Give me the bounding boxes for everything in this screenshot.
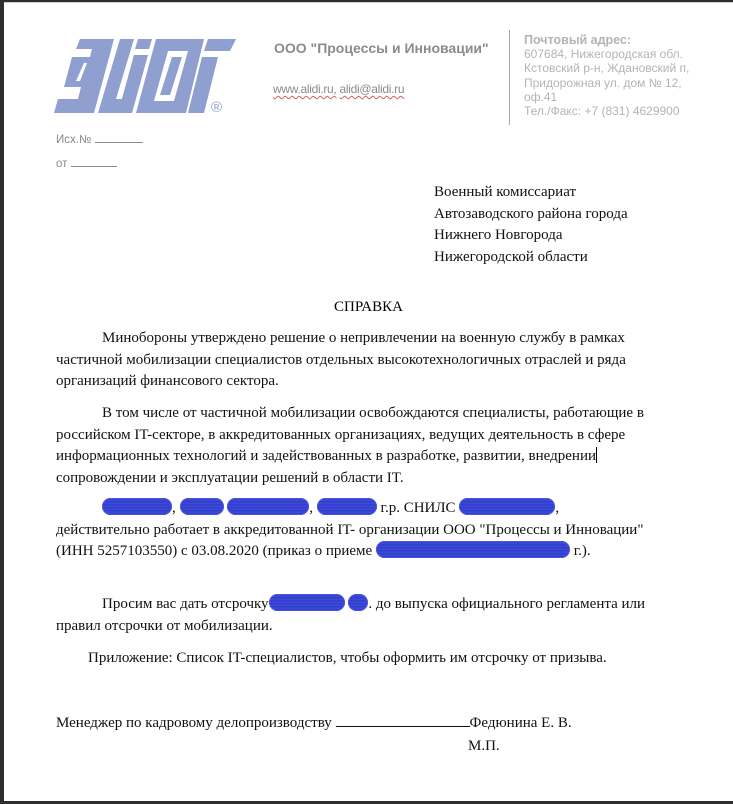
paragraph-text: Просим вас дать отсрочку (102, 596, 269, 612)
address-line: оф.41 (524, 90, 689, 104)
redacted-name (180, 498, 224, 515)
paragraph-text: В том числе от частичной мобилизации осв… (56, 405, 644, 464)
paragraph-text: г.). (574, 543, 591, 559)
recipient-line: Нижегородской области (434, 247, 628, 269)
separator: , (309, 500, 313, 516)
text-cursor (596, 447, 597, 463)
paragraph-decision: Минобороны утверждено решение о непривле… (56, 328, 674, 393)
address-line: 607684, Нижегородская обл. (524, 47, 689, 61)
redacted-birth-date (317, 498, 377, 515)
address-line: Придорожная ул. дом № 12, (524, 76, 689, 90)
outgoing-date-field[interactable] (71, 166, 117, 167)
outgoing-date: от (56, 158, 117, 170)
redacted-order (376, 541, 570, 558)
outgoing-date-label: от (56, 158, 67, 170)
recipient-line: Нижнего Новгорода (434, 225, 628, 247)
stamp-placeholder: М.П. (468, 736, 500, 758)
contact-links: www.alidi.ru, alidi@alidi.ru (273, 82, 404, 96)
signature-line: Менеджер по кадровому делопроизводству Ф… (56, 713, 572, 735)
recipient-line: Автозаводского района города (434, 204, 628, 226)
address-title: Почтовый адрес: (524, 33, 689, 47)
separator: , (555, 500, 559, 516)
registered-mark: ® (211, 99, 222, 116)
email-link[interactable]: alidi@alidi.ru (340, 82, 405, 96)
website-link[interactable]: www.alidi.ru, (273, 82, 336, 96)
paragraph-it-exemption: В том числе от частичной мобилизации осв… (56, 403, 674, 489)
paragraph-text: сопровождении и эксплуатации решений в о… (56, 470, 404, 486)
signer-name: Федюнина Е. В. (470, 715, 572, 731)
recipient-line: Военный комиссариат (434, 182, 628, 204)
postal-address: Почтовый адрес: 607684, Нижегородская об… (524, 33, 689, 118)
address-line: Кстовский р-н, Ждановский п, (524, 61, 689, 75)
recipient-block: Военный комиссариат Автозаводского район… (434, 182, 628, 268)
document-page: ® ООО "Процессы и Инновации" www.alidi.r… (4, 2, 733, 801)
phone-fax: Тел./Факс: +7 (831) 4629900 (524, 104, 689, 118)
outgoing-number-label: Исх.№ (56, 134, 91, 146)
redacted-patronymic (227, 498, 309, 515)
redacted-surname (102, 498, 172, 515)
redacted-snils (459, 498, 555, 515)
outgoing-number: Исх.№ (56, 134, 143, 146)
attachment-note: Приложение: Список IT-специалистов, чтоб… (88, 648, 607, 670)
redacted-period (269, 594, 345, 611)
paragraph-employee: , , г.р. СНИЛС , действительно работает … (56, 498, 674, 563)
paragraph-text: Минобороны утверждено решение о непривле… (56, 330, 626, 389)
signature-field[interactable] (336, 726, 470, 727)
redacted-unit (348, 594, 368, 611)
header-divider (509, 30, 510, 125)
paragraph-request: Просим вас дать отсрочку . до выпуска оф… (56, 594, 674, 637)
signer-position: Менеджер по кадровому делопроизводству (56, 715, 332, 731)
outgoing-number-field[interactable] (95, 142, 143, 143)
separator: , (172, 500, 176, 516)
document-title: СПРАВКА (4, 299, 733, 316)
company-name: ООО "Процессы и Инновации" (274, 40, 489, 56)
snils-label: г.р. СНИЛС (381, 500, 456, 516)
